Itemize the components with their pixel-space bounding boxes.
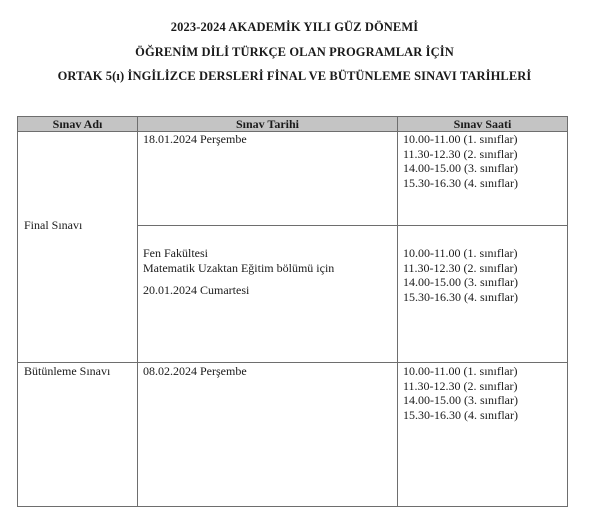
time-slot: 10.00-11.00 (1. sınıflar) [403,132,518,147]
header-exam-time: Sınav Saati [398,117,567,131]
table-border-left [17,116,18,507]
exam-date-final-2: Fen Fakültesi Matematik Uzaktan Eğitim b… [143,246,334,298]
date-line: Fen Fakültesi [143,246,334,261]
time-slot: 10.00-11.00 (1. sınıflar) [403,246,518,261]
table-border-top [17,116,568,117]
exam-date-makeup: 08.02.2024 Perşembe [143,364,247,379]
table-border-bottom [17,506,568,507]
title-academic-year: 2023-2024 AKADEMİK YILI GÜZ DÖNEMİ [0,20,589,35]
time-slot: 15.30-16.30 (4. sınıflar) [403,290,518,305]
date-line: Matematik Uzaktan Eğitim bölümü için [143,261,334,276]
title-programs: ÖĞRENİM DİLİ TÜRKÇE OLAN PROGRAMLAR İÇİN [0,45,589,60]
time-slot: 15.30-16.30 (4. sınıflar) [403,176,518,191]
exam-times-makeup: 10.00-11.00 (1. sınıflar) 11.30-12.30 (2… [403,364,518,422]
exam-times-final-1: 10.00-11.00 (1. sınıflar) 11.30-12.30 (2… [403,132,518,190]
header-exam-date: Sınav Tarihi [138,117,397,131]
date-line: 20.01.2024 Cumartesi [143,283,334,298]
exam-date-final-1: 18.01.2024 Perşembe [143,132,247,147]
time-slot: 14.00-15.00 (3. sınıflar) [403,275,518,290]
title-exam-dates: ORTAK 5(ı) İNGİLİZCE DERSLERİ FİNAL VE B… [0,69,589,84]
exam-times-final-2: 10.00-11.00 (1. sınıflar) 11.30-12.30 (2… [403,246,518,304]
time-slot: 11.30-12.30 (2. sınıflar) [403,261,518,276]
time-slot: 11.30-12.30 (2. sınıflar) [403,147,518,162]
final-subrow-divider [137,225,568,226]
header-exam-name: Sınav Adı [18,117,137,131]
time-slot: 14.00-15.00 (3. sınıflar) [403,161,518,176]
time-slot: 14.00-15.00 (3. sınıflar) [403,393,518,408]
date-spacer [143,275,334,283]
time-slot: 15.30-16.30 (4. sınıflar) [403,408,518,423]
column-divider-2 [397,116,398,507]
table-border-right [567,116,568,507]
exam-name-makeup: Bütünleme Sınavı [24,364,110,379]
time-slot: 11.30-12.30 (2. sınıflar) [403,379,518,394]
column-divider-1 [137,116,138,507]
exam-name-final: Final Sınavı [24,218,82,233]
row-divider [17,362,568,363]
time-slot: 10.00-11.00 (1. sınıflar) [403,364,518,379]
date-line: 08.02.2024 Perşembe [143,364,247,379]
date-line: 18.01.2024 Perşembe [143,132,247,147]
